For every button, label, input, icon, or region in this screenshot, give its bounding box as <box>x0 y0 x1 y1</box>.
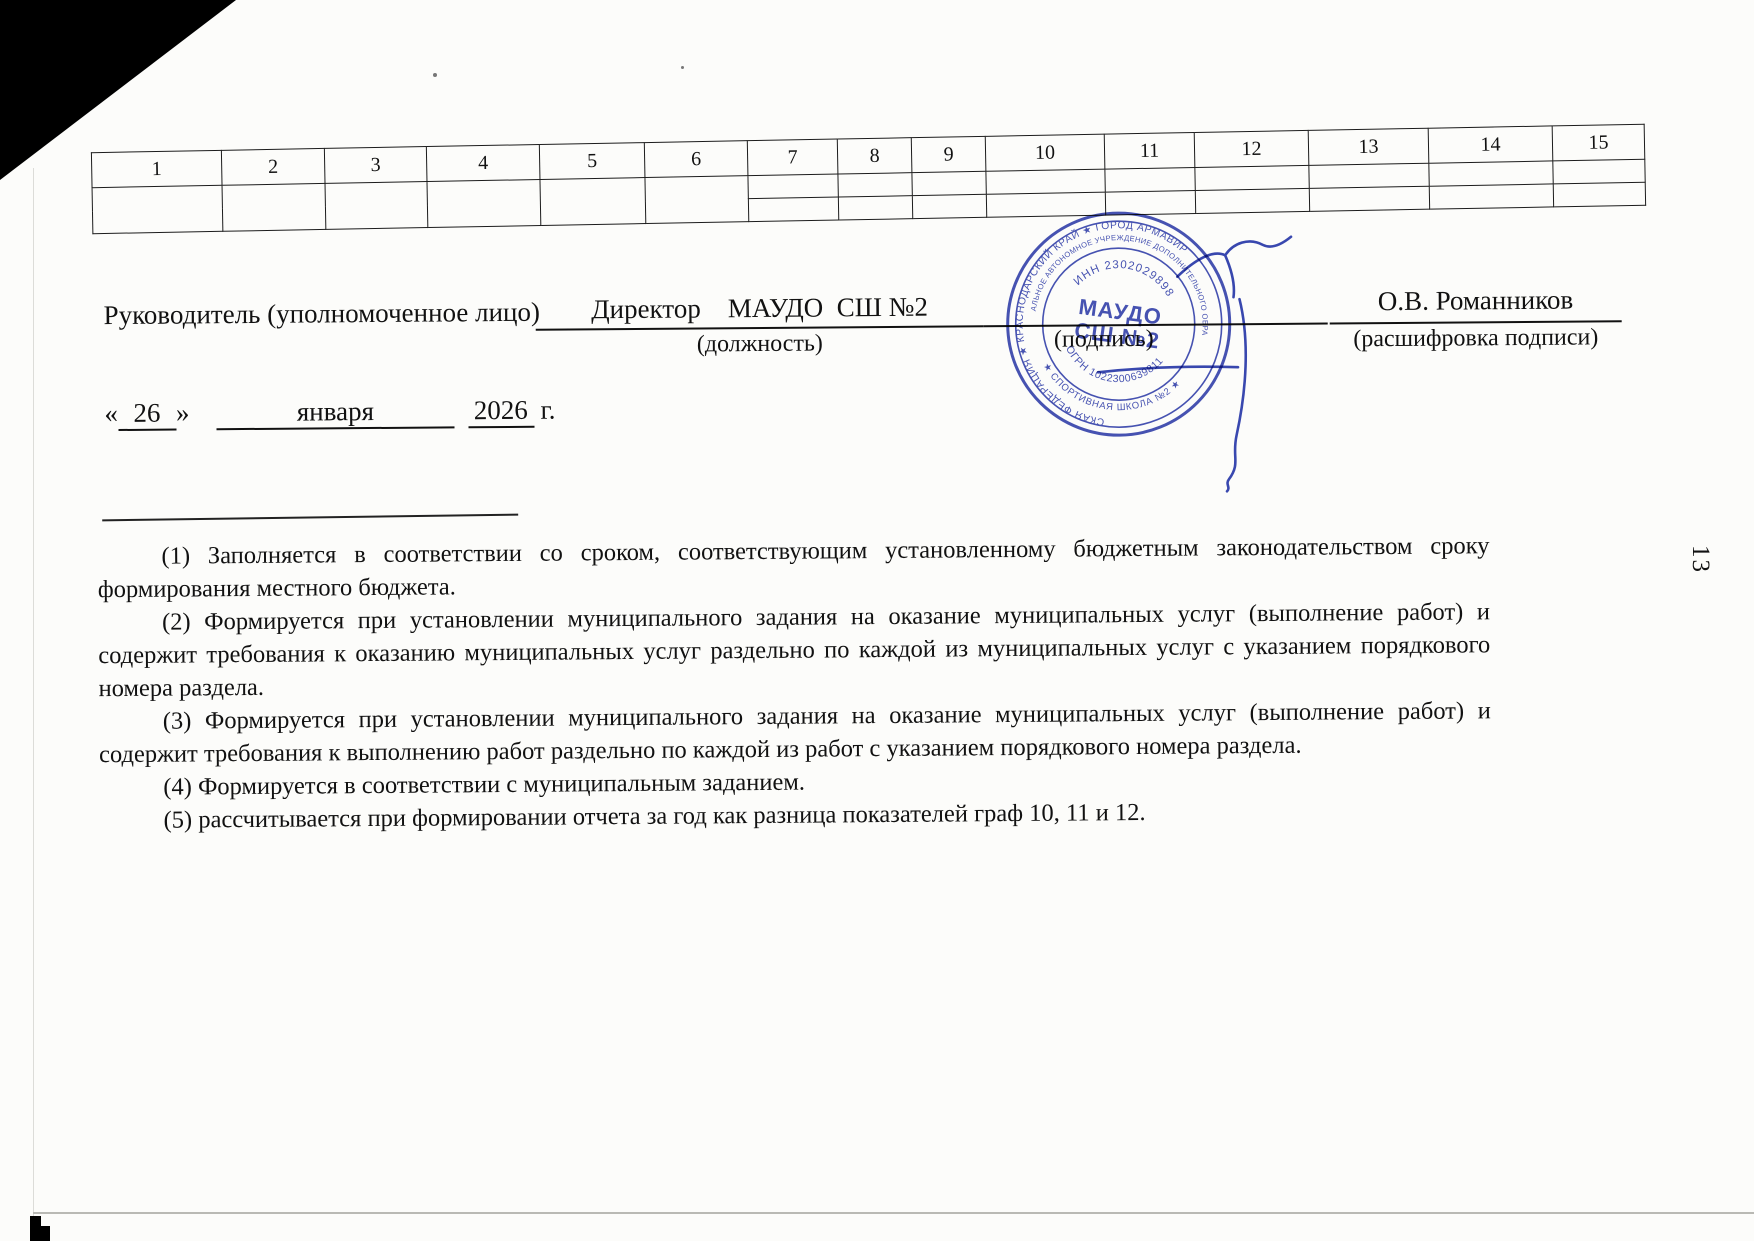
date-line: «26» января 2026 г. <box>104 395 555 432</box>
table-cell <box>1429 184 1553 209</box>
table-cell <box>1105 167 1195 192</box>
scan-artifact-bottom-edge <box>33 1212 1754 1214</box>
table-header-cell: 2 <box>221 148 325 185</box>
scanned-document-page: 1 2 3 4 5 6 7 8 9 10 11 12 13 14 15 <box>0 0 1754 1241</box>
table-header-cell: 14 <box>1428 126 1553 163</box>
table-cell <box>645 176 749 224</box>
date-gap <box>189 397 216 427</box>
date-era-suffix: г. <box>540 395 555 425</box>
table-header-cell: 6 <box>644 141 748 178</box>
position-value: Директор МАУДО СШ №2 <box>535 291 983 331</box>
date-gap2 <box>454 395 468 425</box>
date-year: 2026 <box>468 395 534 429</box>
table-cell <box>1309 163 1429 188</box>
table-header-cell: 9 <box>911 136 986 172</box>
table-cell <box>1309 186 1429 211</box>
footnote-2: (2) Формируется при установлении муницип… <box>98 595 1491 705</box>
page-number: 13 <box>1686 545 1714 574</box>
footnote-separator <box>102 514 518 522</box>
table-cell <box>1195 165 1309 190</box>
table-header-cell: 11 <box>1104 132 1195 169</box>
quote-close: » <box>176 397 190 427</box>
table-header-cell: 13 <box>1308 128 1429 165</box>
date-day: 26 <box>118 398 176 431</box>
table-header-cell: 1 <box>91 150 222 187</box>
table-cell <box>912 171 986 195</box>
footnotes-block: (1) Заполняется в соответствии со сроком… <box>97 529 1491 837</box>
signatory-role-label: Руководитель (уполномоченное лицо) <box>103 297 540 331</box>
scan-artifact-left-edge <box>33 168 34 1241</box>
handwritten-signature <box>977 220 1399 503</box>
page-content: 1 2 3 4 5 6 7 8 9 10 11 12 13 14 15 <box>0 0 1754 1241</box>
table-header-cell: 5 <box>539 143 645 180</box>
footnote-1: (1) Заполняется в соответствии со сроком… <box>97 529 1489 606</box>
table-header-cell: 15 <box>1552 124 1645 161</box>
table-cell <box>92 185 223 233</box>
table-header-cell: 12 <box>1194 130 1309 167</box>
table-header-cell: 8 <box>837 138 912 174</box>
table-cell <box>838 173 912 197</box>
position-caption: (должность) <box>536 329 984 360</box>
scan-speck <box>681 66 684 69</box>
scan-speck <box>433 73 437 77</box>
footnote-3: (3) Формируется при установлении муницип… <box>99 694 1491 771</box>
table-cell <box>325 182 428 230</box>
table-cell <box>1553 159 1645 184</box>
date-month: января <box>216 395 454 430</box>
table-cell <box>912 194 986 218</box>
report-table: 1 2 3 4 5 6 7 8 9 10 11 12 13 14 15 <box>91 124 1646 234</box>
quote-open: « <box>104 398 118 428</box>
table-cell <box>540 178 646 226</box>
table-cell <box>986 169 1105 194</box>
table-cell <box>748 197 838 222</box>
table-header-cell: 7 <box>747 139 838 176</box>
table-cell <box>1429 161 1553 186</box>
table-cell <box>1553 182 1645 207</box>
table-header-cell: 10 <box>985 134 1105 171</box>
table-cell <box>427 179 541 227</box>
table-header-cell: 3 <box>324 147 427 184</box>
table-header-cell: 4 <box>426 144 540 181</box>
table-cell <box>838 196 912 220</box>
table-cell <box>222 183 326 231</box>
table-cell <box>748 174 838 199</box>
